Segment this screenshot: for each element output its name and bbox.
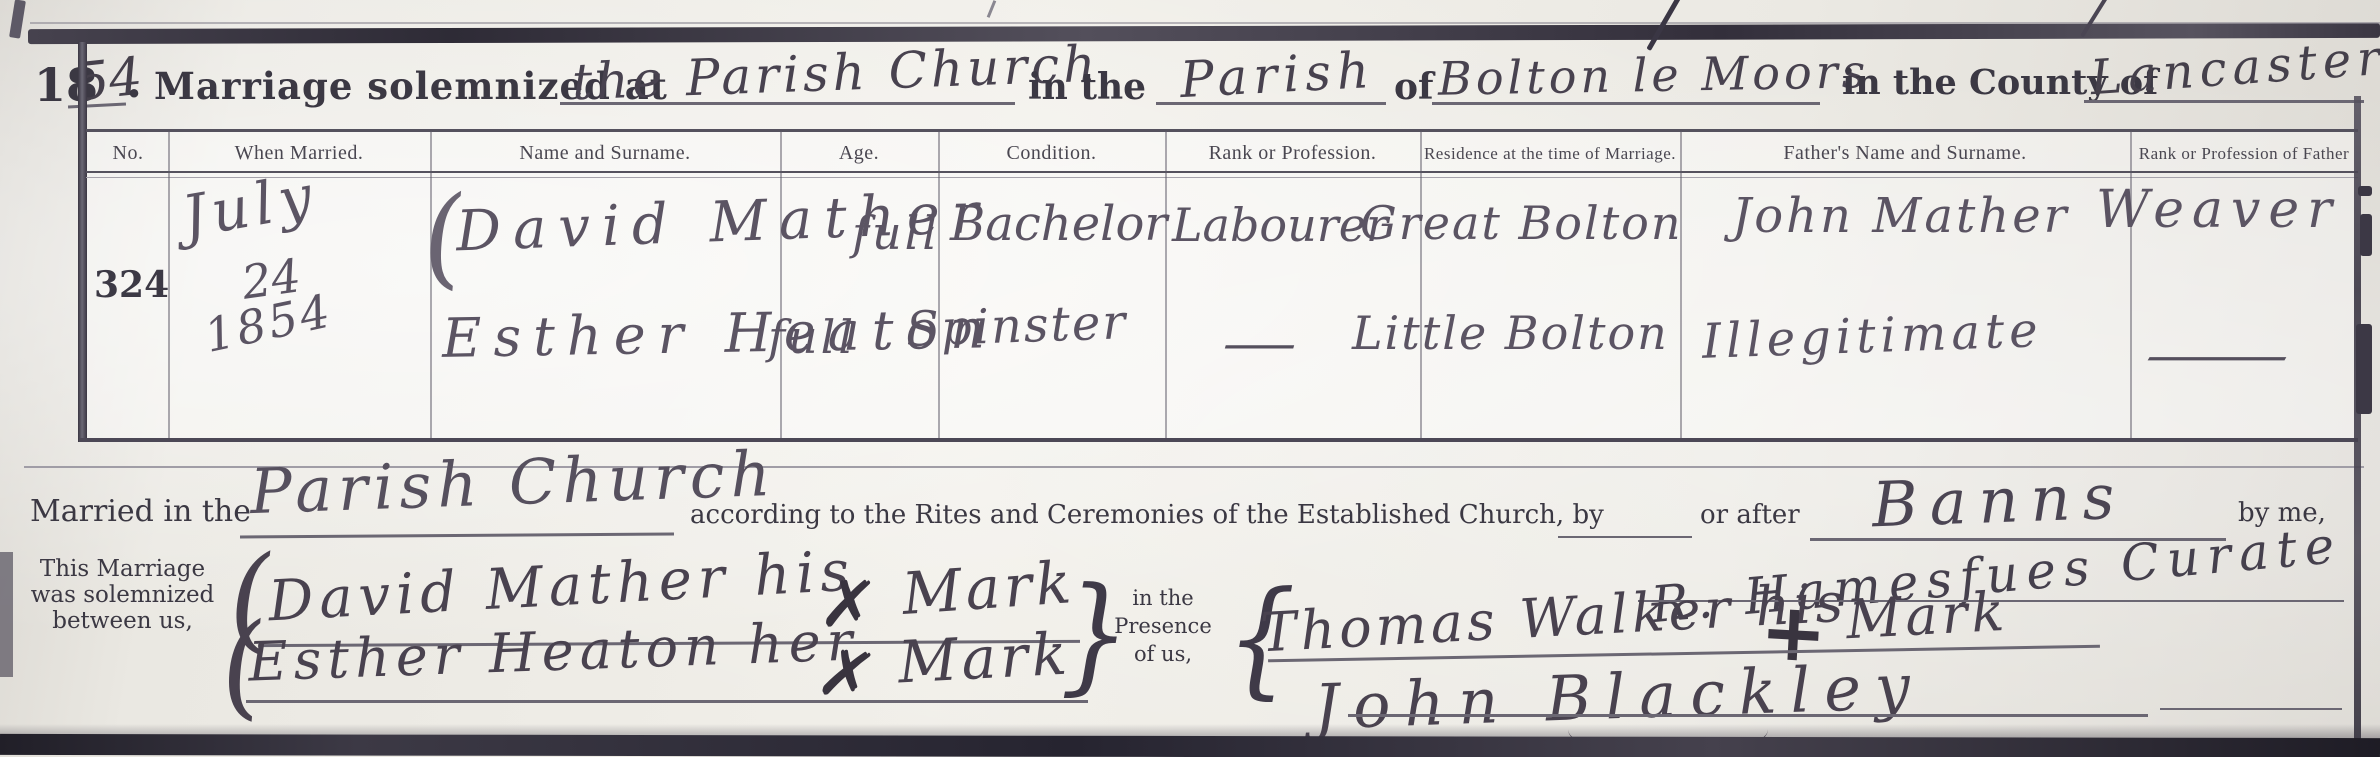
rites-married-label: Married in the (30, 494, 251, 529)
presence-label-line1: in the (1108, 586, 1218, 610)
header-bottom-rule (86, 171, 2358, 173)
title-place-handwritten: the Parish Church (571, 35, 1100, 111)
page-edge-mark (2360, 214, 2372, 256)
title-district-underline (1156, 102, 1386, 105)
rites-method-handwritten: Banns (1871, 460, 2128, 542)
header-when-married: When Married. (168, 142, 430, 165)
header-rank-profession: Rank or Profession. (1165, 142, 1420, 165)
title-parish-handwritten: Bolton le Moors (1438, 44, 1870, 106)
rites-or-after-label: or after (1700, 500, 1800, 530)
page-corner-mark (9, 0, 26, 39)
header-father-rank: Rank or Profession of Father (2130, 144, 2358, 164)
groom-condition: Bachelor (950, 196, 1167, 252)
bride-age: full (768, 310, 856, 364)
col-divider-age (938, 131, 940, 438)
page-edge-mark (2358, 186, 2372, 196)
title-place-underline (560, 102, 1015, 105)
top-edge-rule-thin (30, 22, 2380, 24)
groom-residence: Great Bolton (1360, 196, 1683, 250)
header-name-surname: Name and Surname. (430, 142, 780, 165)
groom-age: full (852, 206, 940, 260)
bride-father-rank-dash: — (2142, 326, 2292, 384)
title-of-label: of (1394, 66, 1434, 108)
table-bottom-rule (80, 438, 2358, 442)
top-edge-rule (28, 23, 2380, 44)
bride-rank-dash: — (1222, 314, 1297, 372)
header-father-name: Father's Name and Surname. (1680, 142, 2130, 165)
header-no: No. (88, 142, 168, 165)
table-left-border (78, 42, 87, 442)
bride-father-name: Illegitimate (1701, 302, 2043, 370)
title-district-handwritten: Parish (1179, 41, 1377, 109)
bride-residence: Little Bolton (1352, 306, 1669, 360)
bride-mark-word: Mark (896, 620, 1072, 697)
header-residence: Residence at the time of Marriage. (1420, 144, 1680, 164)
col-divider-rank (1420, 131, 1422, 438)
bottom-edge-band (0, 734, 2380, 757)
rites-church-underline (240, 532, 674, 538)
title-in-the-label: in the (1028, 66, 1146, 108)
groom-rank: Labourer (1172, 198, 1388, 252)
header-condition: Condition. (938, 142, 1165, 165)
presence-label-line2: Presence (1108, 614, 1218, 638)
groom-father-rank: Weaver (2096, 180, 2340, 240)
bride-condition: Spinster (905, 294, 1128, 358)
col-divider-residence (1680, 131, 1682, 438)
title-county-handwritten: Lancaster (2088, 30, 2380, 107)
witness1-mark-word: Mark (1844, 580, 2009, 651)
marriage-register-scan: 18 54 . Marriage solemnized at the Paris… (0, 0, 2380, 757)
stray-pen-stroke (987, 0, 997, 18)
table-top-rule (86, 129, 2358, 132)
page-edge-mark (2356, 324, 2372, 414)
witness2-underline-extension (2160, 708, 2342, 710)
rites-according-label: according to the Rites and Ceremonies of… (690, 500, 1604, 530)
year-period: . (126, 54, 142, 108)
col-divider-condition (1165, 131, 1167, 438)
rites-by-blank-underline (1558, 536, 1692, 538)
col-divider-name (780, 131, 782, 438)
record-number: 324 (94, 264, 169, 306)
groom-father-name: John Mather (1732, 188, 2070, 244)
groom-mark-word: Mark (900, 548, 1077, 628)
attestation-label-line1: This Marriage (20, 556, 225, 582)
title-county-underline (2084, 100, 2364, 103)
left-page-edge-streak (0, 552, 13, 677)
title-parish-underline (1432, 102, 1820, 105)
attestation-label-line3: between us, (20, 608, 225, 634)
col-divider-father (2130, 131, 2132, 438)
attestation-label-line2: was solemnized (20, 582, 225, 608)
header-age: Age. (780, 142, 938, 165)
presence-label-line3: of us, (1108, 642, 1218, 666)
bride-signature-underline (246, 700, 1088, 703)
